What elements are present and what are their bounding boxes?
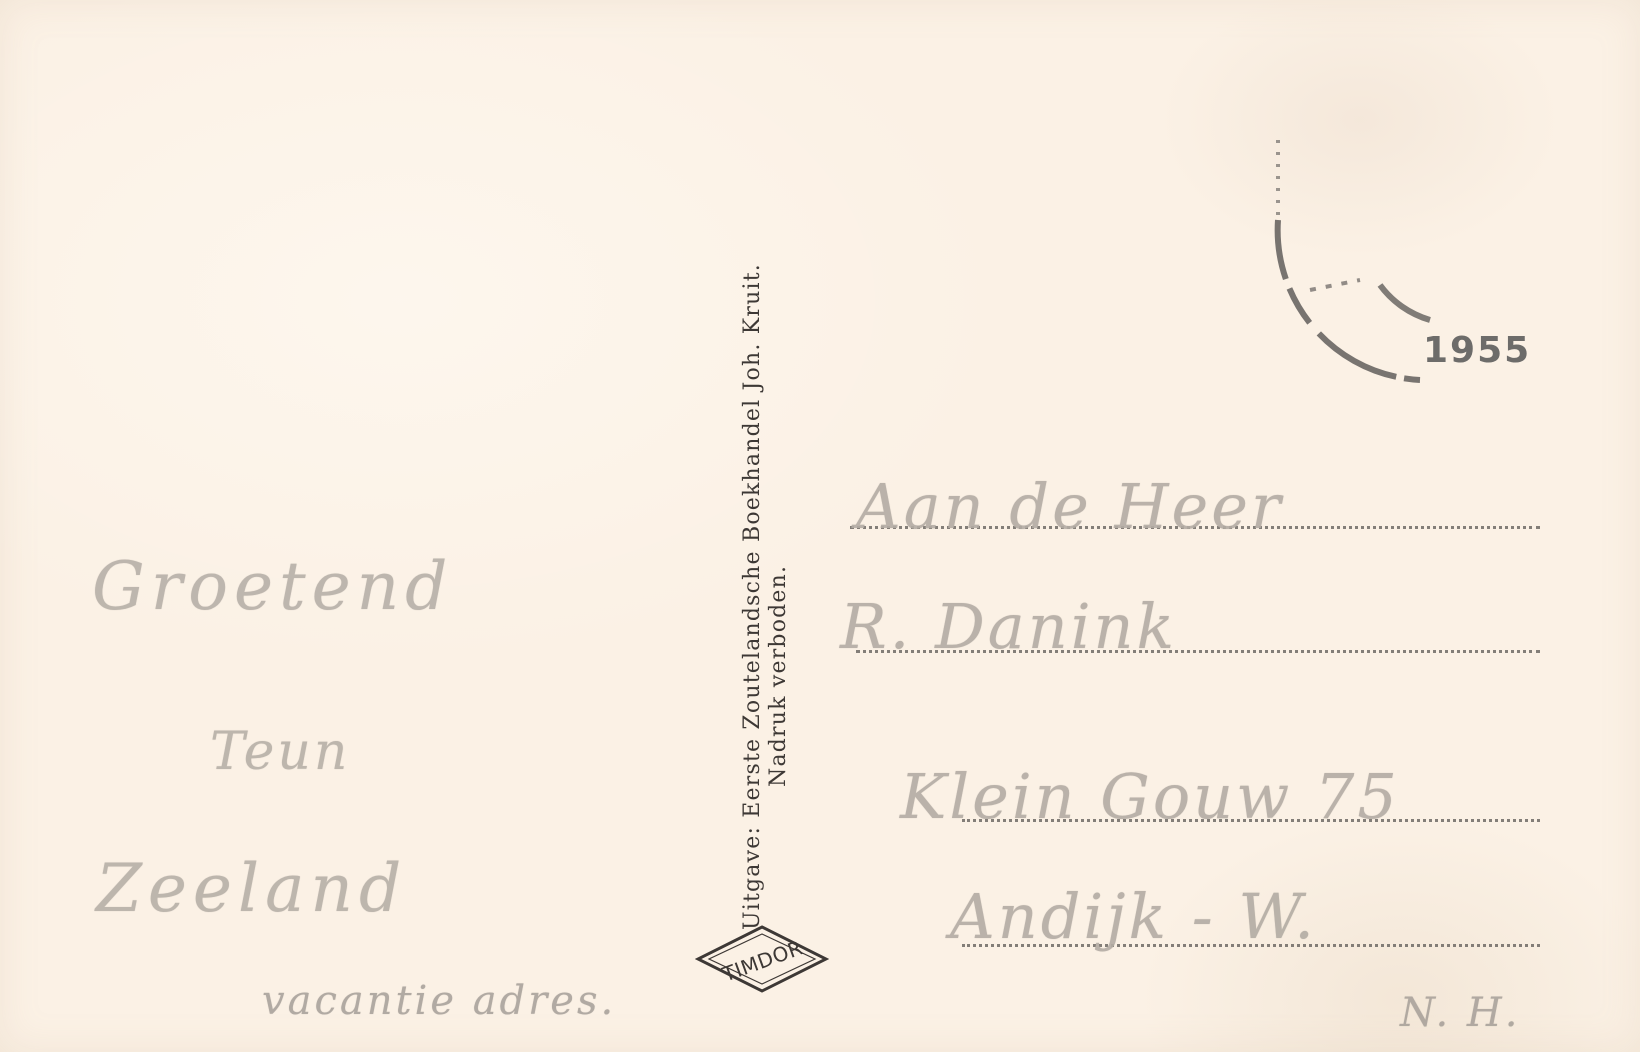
address-recipient-title: Aan de Heer (856, 470, 1284, 543)
address-province: N. H. (1400, 990, 1520, 1036)
message-line-2: Teun (210, 722, 350, 782)
message-footer: vacantie adres. (262, 978, 616, 1024)
postmark-year: 1955 (1423, 330, 1531, 371)
timdor-logo-icon: TIMDOR (695, 924, 829, 994)
publisher-line: Uitgave: Eerste Zoutelandsche Boekhandel… (740, 263, 766, 930)
address-town: Andijk - W. (950, 880, 1317, 953)
reprint-notice: Nadruk verboden. (766, 263, 792, 930)
message-line-1: Groetend (92, 548, 453, 625)
postcard-back: Uitgave: Eerste Zoutelandsche Boekhandel… (0, 0, 1640, 1052)
publisher-imprint: Uitgave: Eerste Zoutelandsche Boekhandel… (740, 263, 792, 930)
message-line-3: Zeeland (96, 850, 407, 927)
address-street: Klein Gouw 75 (900, 760, 1400, 833)
address-recipient-name: R. Danink (840, 590, 1177, 663)
